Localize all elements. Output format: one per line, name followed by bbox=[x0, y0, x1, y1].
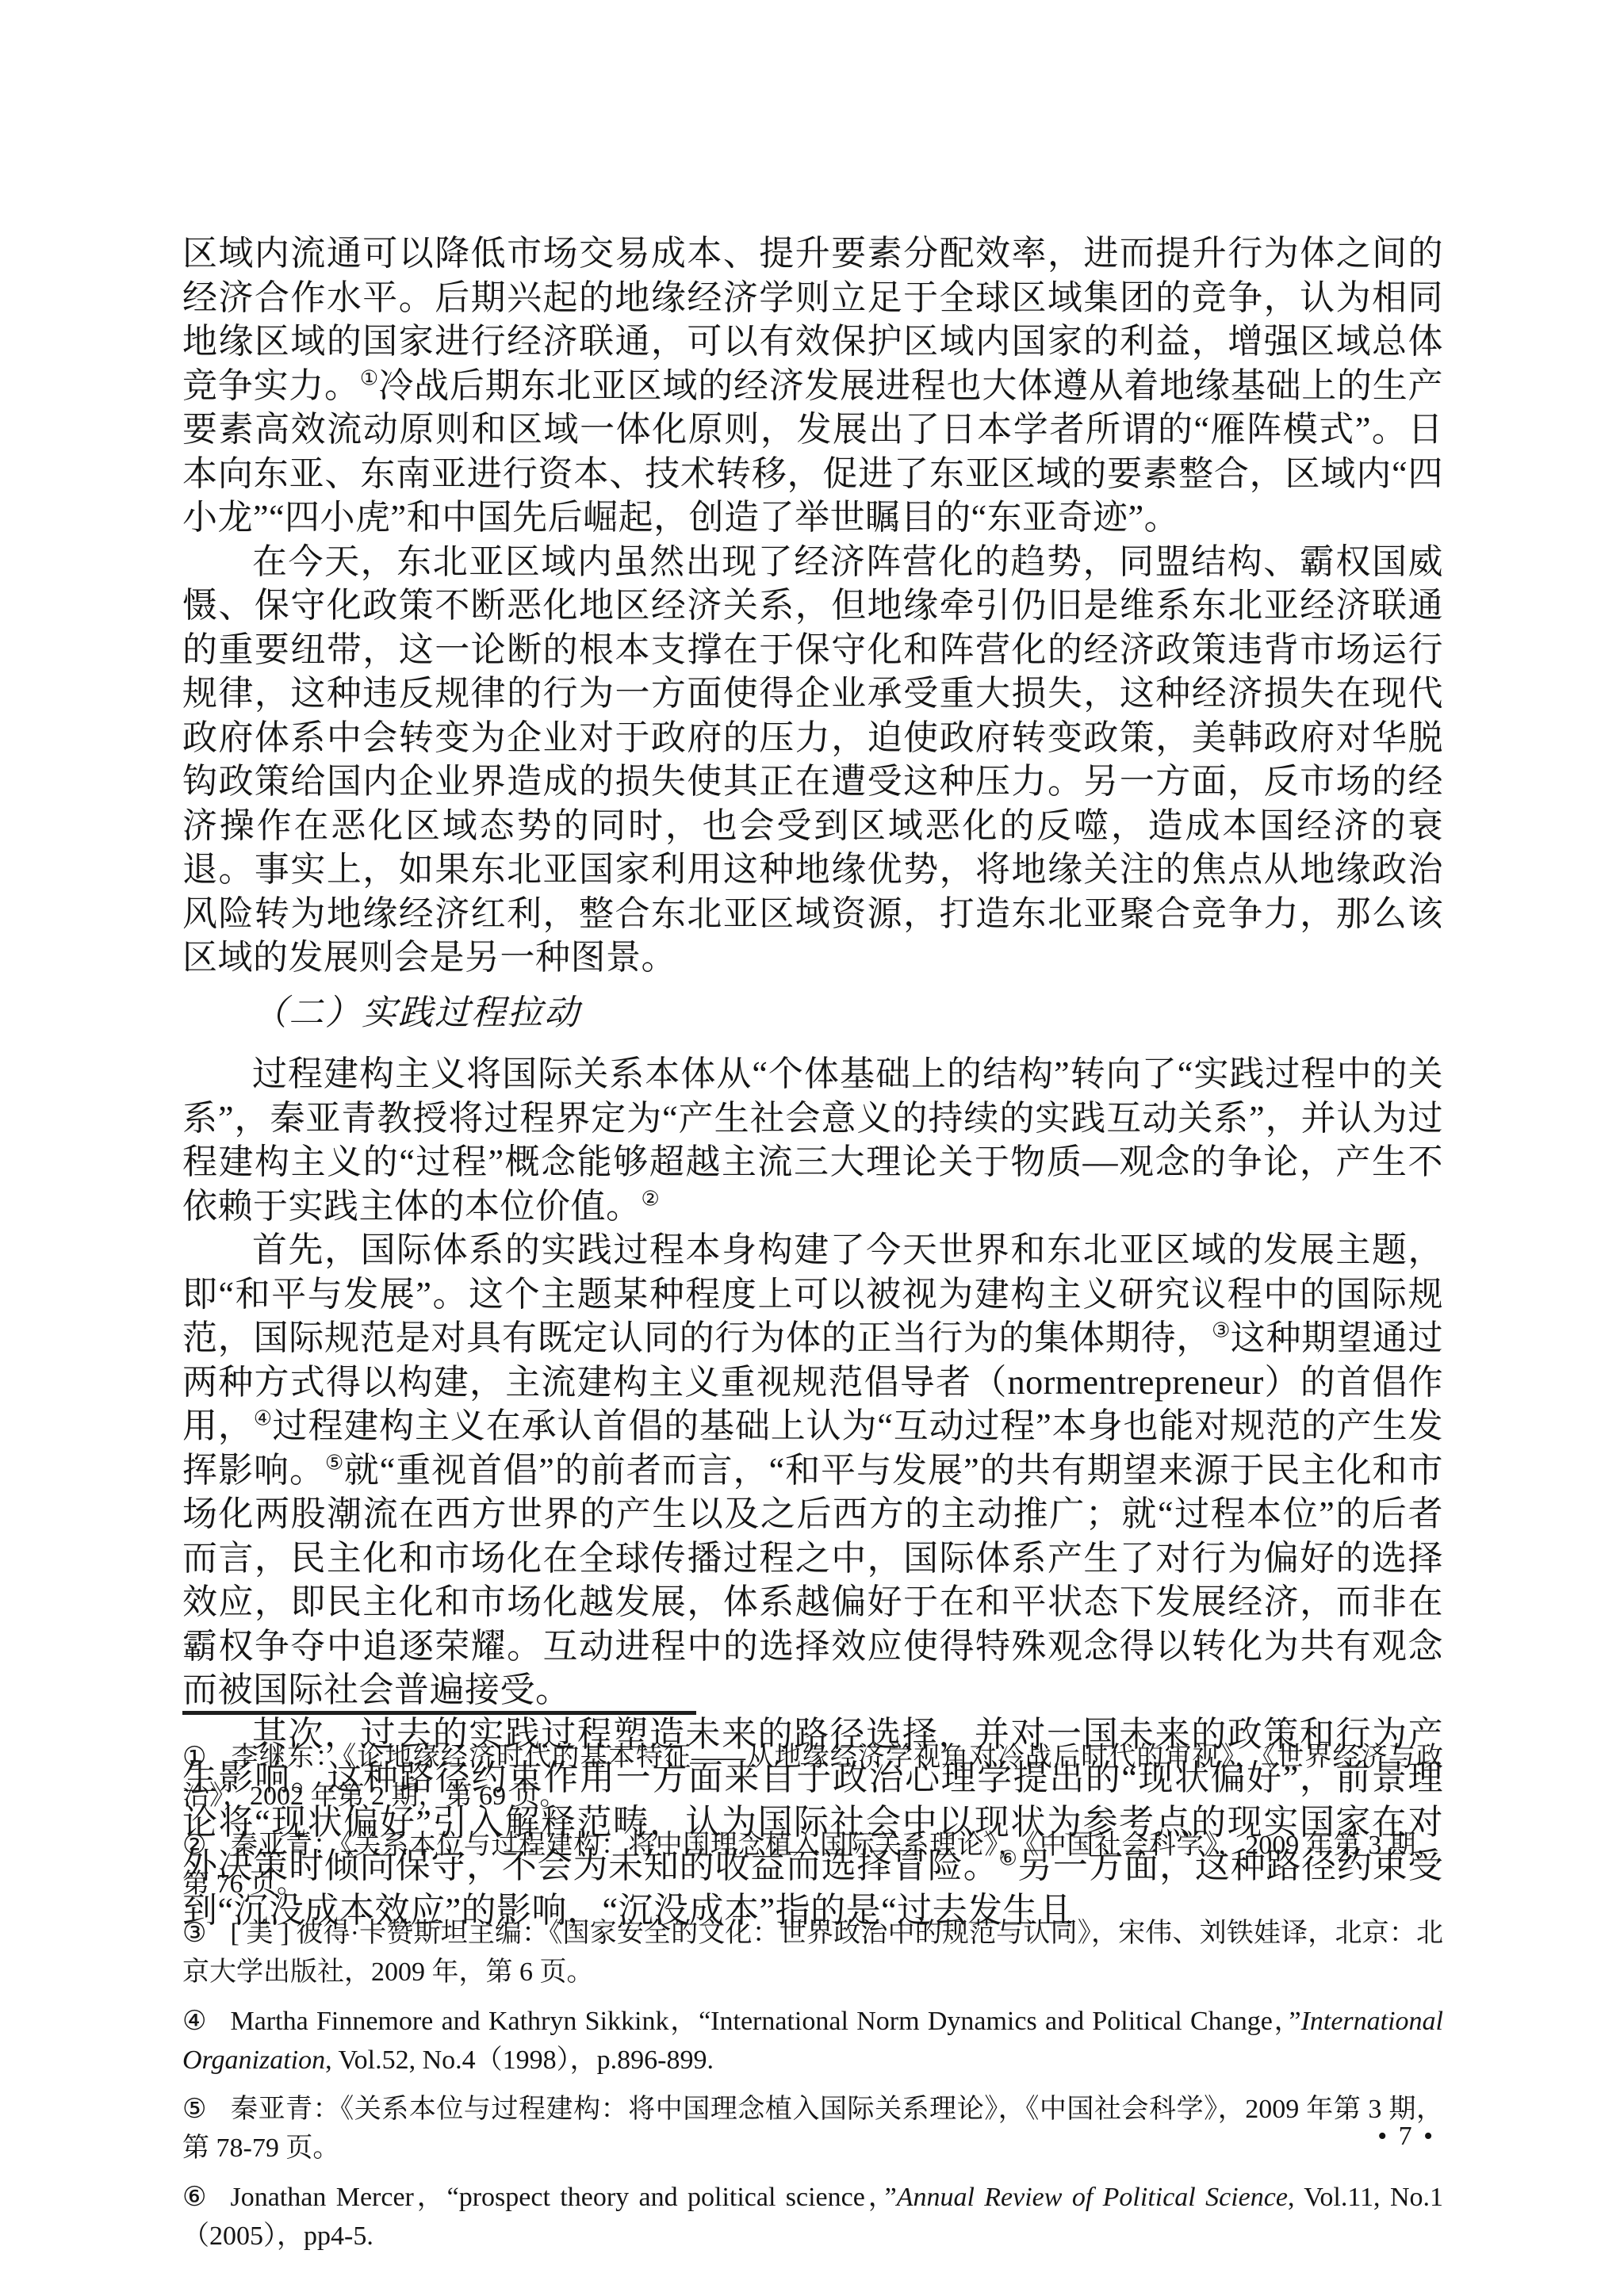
footnote-marker: ② bbox=[182, 1826, 206, 1865]
document-page: 区域内流通可以降低市场交易成本、提升要素分配效率，进而提升行为体之间的经济合作水… bbox=[0, 0, 1624, 2296]
footnote-marker: ⑥ bbox=[182, 2178, 206, 2217]
footnote: ③[ 美 ] 彼得·卡赞斯坦主编：《国家安全的文化：世界政治中的规范与认同》，宋… bbox=[182, 1914, 1443, 1992]
footnote: ④Martha Finnemore and Kathryn Sikkink，“I… bbox=[182, 2002, 1443, 2080]
footnotes-section: ①李继东：《论地缘经济时代的基本特征——从地缘经济学视角对冷战后时代的审视》，《… bbox=[182, 1738, 1443, 2266]
body-paragraph: 过程建构主义将国际关系本体从“个体基础上的结构”转向了“实践过程中的关系”，秦亚… bbox=[182, 1052, 1443, 1228]
footnote: ⑤秦亚青：《关系本位与过程建构：将中国理念植入国际关系理论》，《中国社会科学》，… bbox=[182, 2090, 1443, 2168]
text-run: Jonathan Mercer，“prospect theory and pol… bbox=[230, 2183, 896, 2212]
footnote-marker: ④ bbox=[182, 2002, 206, 2041]
footnote-marker: ⑤ bbox=[182, 2090, 206, 2129]
text-run: [ 美 ] 彼得·卡赞斯坦主编：《国家安全的文化：世界政治中的规范与认同》，宋伟… bbox=[182, 1919, 1443, 1987]
article-body: 区域内流通可以降低市场交易成本、提升要素分配效率，进而提升行为体之间的经济合作水… bbox=[182, 232, 1443, 1932]
footnote-ref-superscript: ① bbox=[360, 366, 379, 389]
body-paragraph: 首先，国际体系的实践过程本身构建了今天世界和东北亚区域的发展主题，即“和平与发展… bbox=[182, 1228, 1443, 1712]
italic-journal-title: Annual Review of Political Science bbox=[897, 2183, 1288, 2212]
text-run: , Vol.52, No.4（1998），p.896-899. bbox=[325, 2045, 714, 2075]
text-run: 冷战后期东北亚区域的经济发展进程也大体遵从着地缘基础上的生产要素高效流动原则和区… bbox=[182, 366, 1443, 538]
text-run: 李继东：《论地缘经济时代的基本特征——从地缘经济学视角对冷战后时代的审视》，《世… bbox=[182, 1743, 1443, 1811]
footnote: ①李继东：《论地缘经济时代的基本特征——从地缘经济学视角对冷战后时代的审视》，《… bbox=[182, 1738, 1443, 1816]
page-number: • 7 • bbox=[1377, 2122, 1435, 2152]
text-run: 过程建构主义将国际关系本体从“个体基础上的结构”转向了“实践过程中的关系”，秦亚… bbox=[182, 1054, 1443, 1226]
text-run: 秦亚青：《关系本位与过程建构：将中国理念植入国际关系理论》，《中国社会科学》，2… bbox=[182, 1831, 1443, 1899]
footnote: ⑥Jonathan Mercer，“prospect theory and po… bbox=[182, 2178, 1443, 2256]
text-run: Martha Finnemore and Kathryn Sikkink，“In… bbox=[230, 2007, 1300, 2036]
footnote-ref-superscript: ④ bbox=[254, 1406, 273, 1429]
footnote-ref-superscript: ② bbox=[642, 1187, 660, 1210]
section-heading: （二）实践过程拉动 bbox=[182, 991, 1443, 1035]
footnote-ref-superscript: ⑤ bbox=[325, 1451, 344, 1474]
footnote-marker: ① bbox=[182, 1738, 206, 1777]
text-run: （二）实践过程拉动 bbox=[252, 993, 580, 1032]
footnote-ref-superscript: ③ bbox=[1212, 1318, 1231, 1341]
body-paragraph: 在今天，东北亚区域内虽然出现了经济阵营化的趋势，同盟结构、霸权国威慑、保守化政策… bbox=[182, 540, 1443, 980]
text-run: 秦亚青：《关系本位与过程建构：将中国理念植入国际关系理论》，《中国社会科学》，2… bbox=[182, 2095, 1443, 2163]
footnote: ②秦亚青：《关系本位与过程建构：将中国理念植入国际关系理论》，《中国社会科学》，… bbox=[182, 1826, 1443, 1904]
body-paragraph: 区域内流通可以降低市场交易成本、提升要素分配效率，进而提升行为体之间的经济合作水… bbox=[182, 232, 1443, 540]
footnote-marker: ③ bbox=[182, 1914, 206, 1953]
footnote-divider bbox=[182, 1711, 696, 1715]
text-run: 在今天，东北亚区域内虽然出现了经济阵营化的趋势，同盟结构、霸权国威慑、保守化政策… bbox=[182, 542, 1443, 978]
text-run: 就“重视首倡”的前者而言，“和平与发展”的共有期望来源于民主化和市场化两股潮流在… bbox=[182, 1451, 1443, 1710]
